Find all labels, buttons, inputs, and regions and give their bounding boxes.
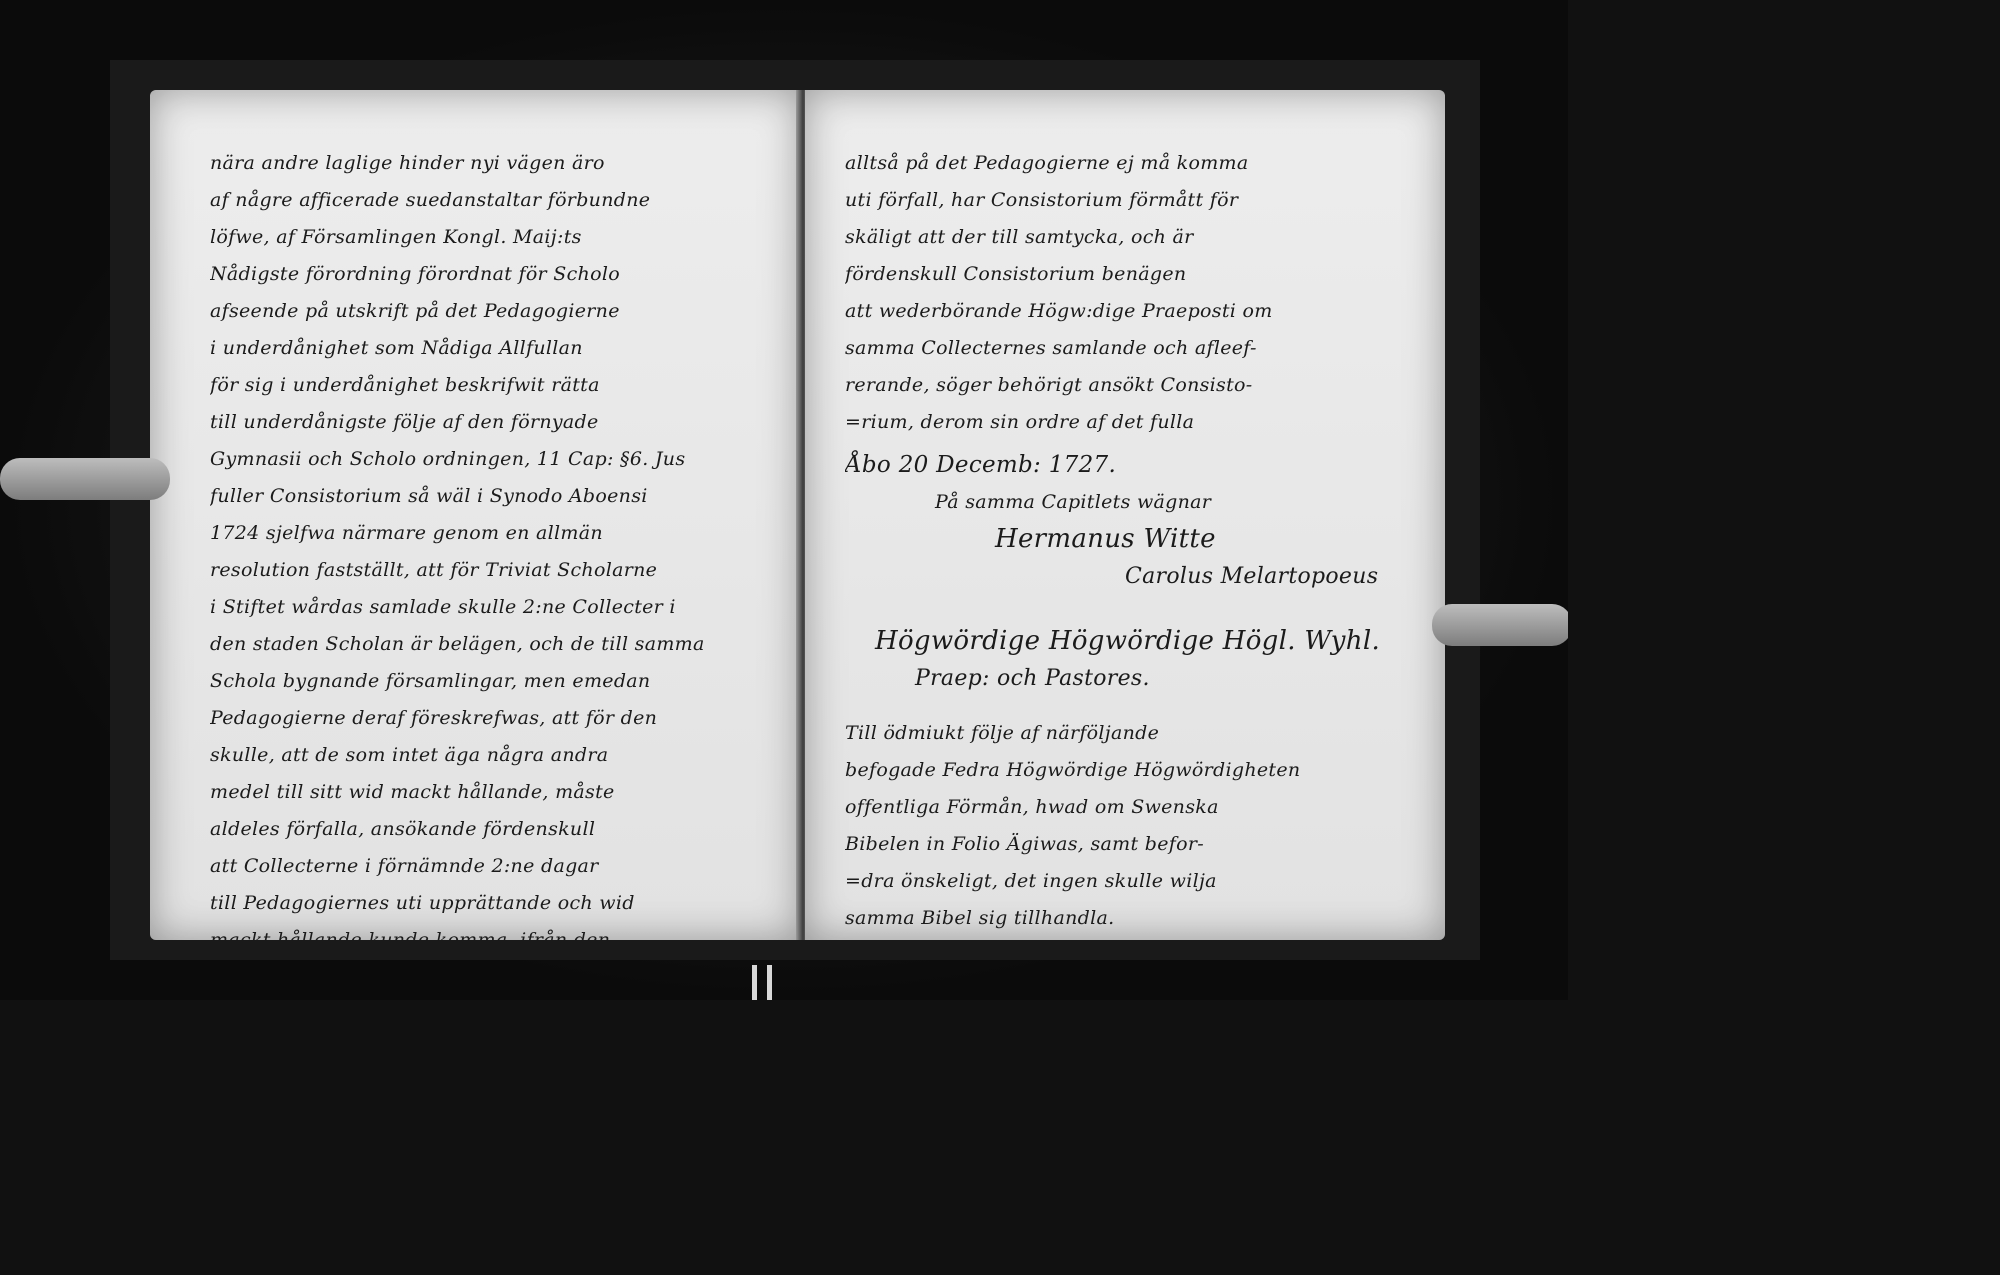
manuscript-line: skulle, att de som intet äga några andra: [210, 737, 760, 774]
manuscript-line: den staden Scholan är belägen, och de ti…: [210, 626, 760, 663]
right-page: alltså på det Pedagogierne ej må komma u…: [805, 90, 1445, 940]
manuscript-line: för sig i underdånighet beskrifwit rätta: [210, 367, 760, 404]
manuscript-line: Gymnasii och Scholo ordningen, 11 Cap: §…: [210, 441, 760, 478]
manuscript-line: Bibelen in Folio Ägiwas, samt befor-: [845, 826, 1405, 863]
manuscript-line: afseende på utskrift på det Pedagogierne: [210, 293, 760, 330]
book-spread: nära andre laglige hinder nyi vägen äro …: [110, 60, 1480, 960]
manuscript-line: Schola bygnande församlingar, men emedan: [210, 663, 760, 700]
manuscript-line: skäligt att der till samtycka, och är: [845, 219, 1405, 256]
manuscript-line: till underdånigste följe af den förnyade: [210, 404, 760, 441]
manuscript-line: fuller Consistorium så wäl i Synodo Aboe…: [210, 478, 760, 515]
manuscript-line: resolution fastställt, att för Triviat S…: [210, 552, 760, 589]
left-page: nära andre laglige hinder nyi vägen äro …: [150, 90, 800, 940]
scan-marker: [752, 965, 757, 1000]
manuscript-line: Till ödmiukt följe af närföljande: [845, 715, 1405, 752]
address-subheading: Praep: och Pastores.: [845, 660, 1405, 697]
left-page-text: nära andre laglige hinder nyi vägen äro …: [210, 145, 760, 940]
page-clip-right: [1432, 604, 1568, 646]
manuscript-line: =rium, derom sin ordre af det fulla: [845, 404, 1405, 441]
manuscript-line: nära andre laglige hinder nyi vägen äro: [210, 145, 760, 182]
right-page-text: alltså på det Pedagogierne ej må komma u…: [845, 145, 1405, 937]
manuscript-line: att wederbörande Högw:dige Praeposti om: [845, 293, 1405, 330]
manuscript-line: till Pedagogiernes uti upprättande och w…: [210, 885, 760, 922]
scan-marker: [767, 965, 772, 1000]
chapter-phrase: På samma Capitlets wägnar: [845, 484, 1405, 521]
manuscript-line: samma Collecternes samlande och afleef-: [845, 330, 1405, 367]
address-heading: Högwördige Högwördige Högl. Wyhl.: [845, 623, 1405, 660]
manuscript-line: 1724 sjelfwa närmare genom en allmän: [210, 515, 760, 552]
manuscript-line: Pedagogierne deraf föreskrefwas, att för…: [210, 700, 760, 737]
manuscript-line: uti förfall, har Consistorium förmått fö…: [845, 182, 1405, 219]
manuscript-line: fördenskull Consistorium benägen: [845, 256, 1405, 293]
manuscript-line: alltså på det Pedagogierne ej må komma: [845, 145, 1405, 182]
manuscript-line: offentliga Förmån, hwad om Swenska: [845, 789, 1405, 826]
manuscript-line: i underdånighet som Nådiga Allfullan: [210, 330, 760, 367]
manuscript-line: =dra önskeligt, det ingen skulle wilja: [845, 863, 1405, 900]
manuscript-line: mackt hållande kunde komma, ifrån den: [210, 922, 760, 940]
manuscript-line: Nådigste förordning förordnat för Scholo: [210, 256, 760, 293]
manuscript-line: löfwe, af Församlingen Kongl. Maij:ts: [210, 219, 760, 256]
manuscript-line: af någre afficerade suedanstaltar förbun…: [210, 182, 760, 219]
manuscript-line: i Stiftet wårdas samlade skulle 2:ne Col…: [210, 589, 760, 626]
manuscript-line: rerande, söger behörigt ansökt Consisto-: [845, 367, 1405, 404]
manuscript-line: att Collecterne i förnämnde 2:ne dagar: [210, 848, 760, 885]
manuscript-line: medel till sitt wid mackt hållande, måst…: [210, 774, 760, 811]
manuscript-line: aldeles förfalla, ansökande fördenskull: [210, 811, 760, 848]
signature-carolus-melartopoeus: Carolus Melartopoeus: [845, 558, 1405, 595]
page-clip-left: [0, 458, 170, 500]
manuscript-line: samma Bibel sig tillhandla.: [845, 900, 1405, 937]
manuscript-line: befogade Fedra Högwördige Högwördigheten: [845, 752, 1405, 789]
date-line: Åbo 20 Decemb: 1727.: [845, 447, 1405, 484]
signature-hermanus-witte: Hermanus Witte: [845, 521, 1405, 558]
